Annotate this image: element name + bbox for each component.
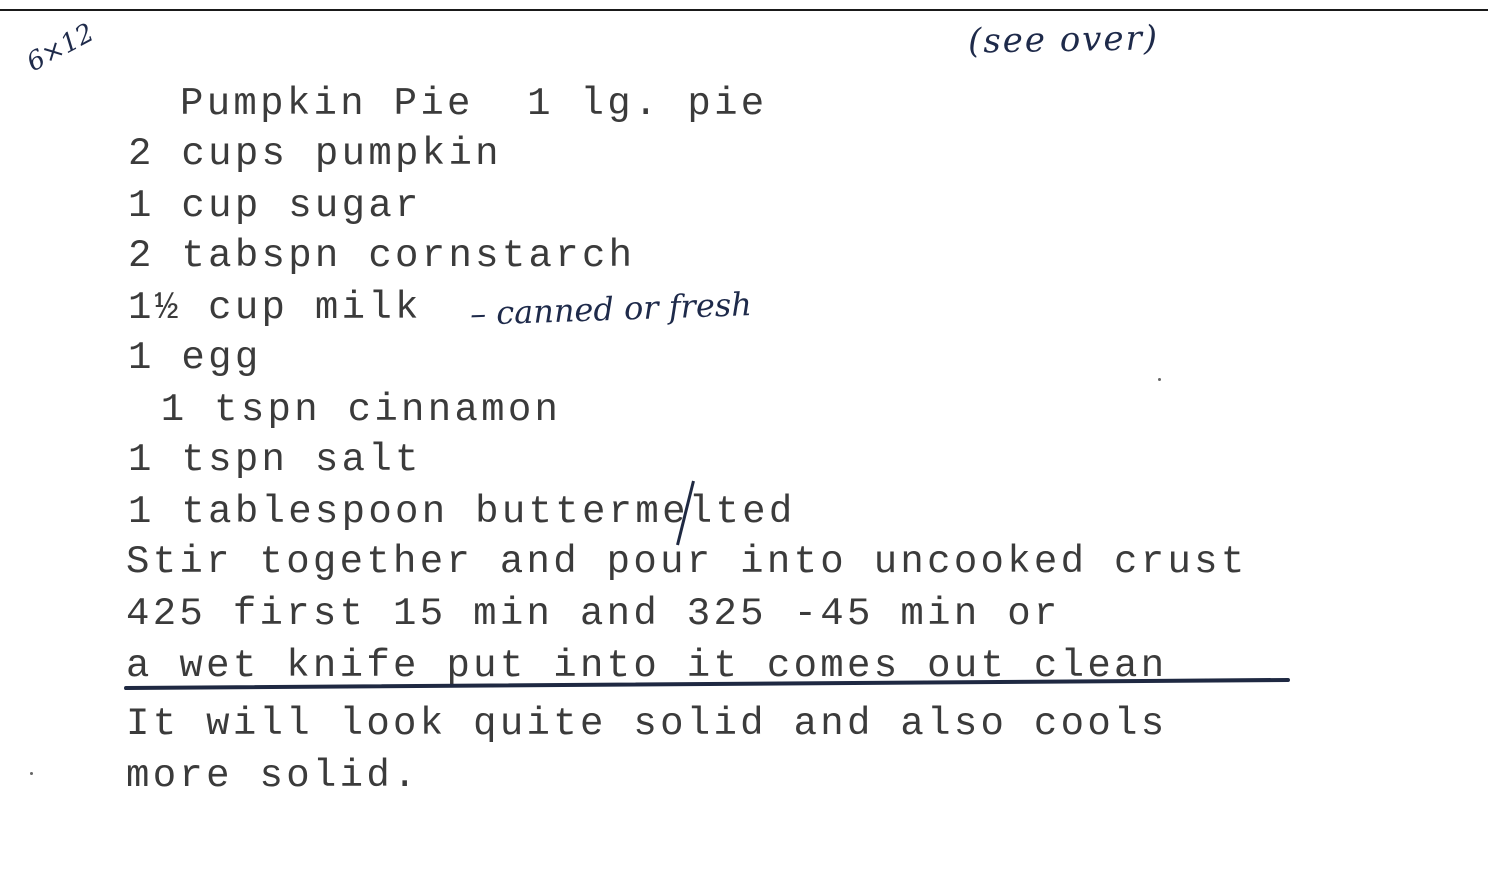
handwritten-card-size-note: 6×12 [22,18,99,78]
handwritten-milk-note: – canned or fresh [469,285,752,333]
ingredient-pumpkin: 2 cups pumpkin [128,132,502,176]
ingredient-milk: 1½ cup milk [128,286,422,330]
instruction-line-5: more solid. [126,754,420,798]
recipe-title: Pumpkin Pie 1 lg. pie [180,82,767,126]
instruction-line-1: Stir together and pour into uncooked cru… [126,540,1248,584]
instruction-line-2: 425 first 15 min and 325 -45 min or [126,592,1061,636]
ingredient-cinnamon: 1 tspn cinnamon [134,388,561,432]
handwritten-see-over-note: (see over) [968,18,1160,61]
ingredient-cornstarch: 2 tabspn cornstarch [128,234,635,278]
instruction-line-4: It will look quite solid and also cools [126,702,1167,746]
paper-speck [30,772,33,775]
ingredient-sugar: 1 cup sugar [128,184,422,228]
ingredient-salt: 1 tspn salt [128,438,422,482]
card-top-border [0,9,1488,11]
ingredient-egg: 1 egg [128,336,262,380]
ingredient-butter: 1 tablespoon buttermelted [128,490,796,534]
paper-speck [1158,378,1161,381]
